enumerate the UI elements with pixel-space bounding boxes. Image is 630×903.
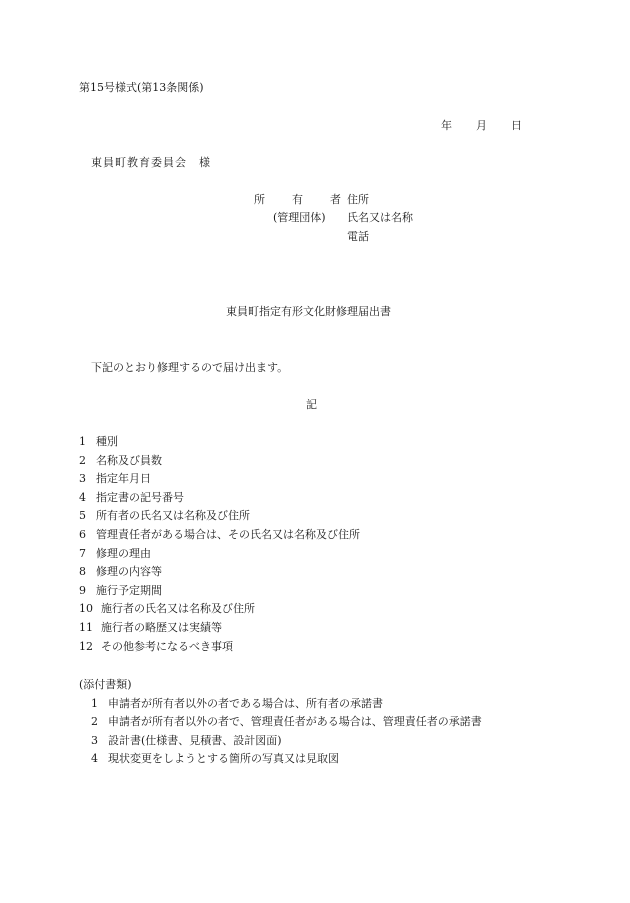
item-text: 種別 bbox=[96, 436, 118, 455]
list-item: 12その他参考になるべき事項 bbox=[79, 641, 360, 660]
attachment-item: 1申請者が所有者以外の者である場合は、所有者の承諾書 bbox=[79, 698, 482, 717]
attachment-item: 4現状変更をしようとする箇所の写真又は見取図 bbox=[79, 753, 482, 772]
date-year-label: 年 bbox=[441, 120, 452, 131]
owner-address-label: 住所 bbox=[347, 194, 369, 205]
owner-label-char: 所 bbox=[254, 194, 292, 205]
item-text: 施行者の略歴又は実績等 bbox=[101, 622, 222, 641]
date-month-label: 月 bbox=[476, 120, 487, 131]
list-item: 3指定年月日 bbox=[79, 473, 360, 492]
attachment-text: 現状変更をしようとする箇所の写真又は見取図 bbox=[108, 753, 339, 772]
item-text: 指定年月日 bbox=[96, 473, 151, 492]
attachment-number: 3 bbox=[91, 735, 108, 754]
attachments-header: (添付書類) bbox=[79, 679, 482, 698]
item-text: 所有者の氏名又は名称及び住所 bbox=[96, 510, 250, 529]
item-text: 名称及び員数 bbox=[96, 455, 162, 474]
item-number: 9 bbox=[79, 585, 96, 604]
item-number: 3 bbox=[79, 473, 96, 492]
list-item: 8修理の内容等 bbox=[79, 566, 360, 585]
intro-text: 下記のとおり修理するので届け出ます。 bbox=[91, 362, 288, 373]
item-number: 6 bbox=[79, 529, 96, 548]
item-number: 4 bbox=[79, 492, 96, 511]
attachment-number: 2 bbox=[91, 716, 108, 735]
item-text: その他参考になるべき事項 bbox=[101, 641, 233, 660]
attachment-text: 申請者が所有者以外の者である場合は、所有者の承諾書 bbox=[108, 698, 383, 717]
item-text: 管理責任者がある場合は、その氏名又は名称及び住所 bbox=[96, 529, 360, 548]
attachment-item: 2申請者が所有者以外の者で、管理責任者がある場合は、管理責任者の承諾書 bbox=[79, 716, 482, 735]
management-body-label: (管理団体) bbox=[273, 212, 326, 223]
attachments-section: (添付書類) 1申請者が所有者以外の者である場合は、所有者の承諾書 2申請者が所… bbox=[79, 679, 482, 772]
item-number: 8 bbox=[79, 566, 96, 585]
addressee-honorific: 様 bbox=[199, 156, 211, 169]
item-number: 1 bbox=[79, 436, 96, 455]
attachment-text: 設計書(仕様書、見積書、設計図面) bbox=[108, 735, 282, 754]
item-text: 施行予定期間 bbox=[96, 585, 162, 604]
list-item: 4指定書の記号番号 bbox=[79, 492, 360, 511]
attachment-number: 1 bbox=[91, 698, 108, 717]
owner-label: 所有者 bbox=[254, 194, 341, 205]
list-item: 10施行者の氏名又は名称及び住所 bbox=[79, 603, 360, 622]
owner-label-char: 者 bbox=[330, 194, 341, 205]
item-text: 修理の内容等 bbox=[96, 566, 162, 585]
item-number: 10 bbox=[79, 603, 101, 622]
owner-label-char: 有 bbox=[292, 194, 330, 205]
date-day-label: 日 bbox=[511, 120, 522, 131]
item-number: 12 bbox=[79, 641, 101, 660]
list-item: 2名称及び員数 bbox=[79, 455, 360, 474]
item-list: 1種別 2名称及び員数 3指定年月日 4指定書の記号番号 5所有者の氏名又は名称… bbox=[79, 436, 360, 659]
item-text: 施行者の氏名又は名称及び住所 bbox=[101, 603, 255, 622]
addressee: 東員町教育委員会様 bbox=[91, 157, 211, 168]
list-item: 11施行者の略歴又は実績等 bbox=[79, 622, 360, 641]
ki-heading: 記 bbox=[306, 399, 317, 410]
document-title: 東員町指定有形文化財修理届出書 bbox=[226, 306, 391, 317]
list-item: 5所有者の氏名又は名称及び住所 bbox=[79, 510, 360, 529]
item-number: 7 bbox=[79, 548, 96, 567]
item-number: 2 bbox=[79, 455, 96, 474]
addressee-name: 東員町教育委員会 bbox=[91, 156, 187, 169]
list-item: 6管理責任者がある場合は、その氏名又は名称及び住所 bbox=[79, 529, 360, 548]
attachment-text: 申請者が所有者以外の者で、管理責任者がある場合は、管理責任者の承諾書 bbox=[108, 716, 482, 735]
attachment-item: 3設計書(仕様書、見積書、設計図面) bbox=[79, 735, 482, 754]
owner-phone-label: 電話 bbox=[347, 231, 369, 242]
list-item: 7修理の理由 bbox=[79, 548, 360, 567]
owner-name-label: 氏名又は名称 bbox=[347, 212, 413, 223]
item-text: 修理の理由 bbox=[96, 548, 151, 567]
list-item: 1種別 bbox=[79, 436, 360, 455]
item-text: 指定書の記号番号 bbox=[96, 492, 184, 511]
list-item: 9施行予定期間 bbox=[79, 585, 360, 604]
attachment-number: 4 bbox=[91, 753, 108, 772]
item-number: 5 bbox=[79, 510, 96, 529]
form-number: 第15号様式(第13条関係) bbox=[79, 82, 204, 93]
item-number: 11 bbox=[79, 622, 101, 641]
